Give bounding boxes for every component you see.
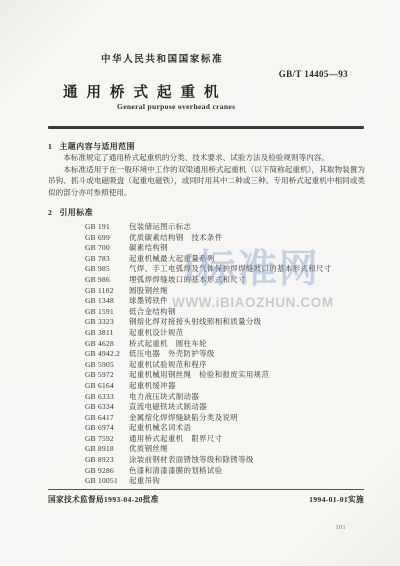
reference-item: GB 5972起重机械用钢丝绳 检验和报废实用规范 <box>85 370 375 381</box>
reference-code: GB 699 <box>85 233 122 244</box>
reference-code: GB 6974 <box>85 423 122 434</box>
reference-title: 起重机械名词术语 <box>129 423 191 432</box>
reference-list: GB 191包装储运图示标志GB 699优质碳素结构钢 技术条件GB 700碳素… <box>85 222 375 487</box>
reference-code: GB 8923 <box>85 455 122 466</box>
reference-title: 起重机械最大起重量系列 <box>129 254 215 263</box>
reference-item: GB 8923涂装前钢材表面锈蚀等级和除锈等级 <box>85 455 375 466</box>
reference-item: GB 699优质碳素结构钢 技术条件 <box>85 233 375 244</box>
reference-title: 直流电磁铁块式制动器 <box>129 402 207 411</box>
reference-title: 金属熔化焊焊缝缺陷分类及说明 <box>129 413 238 422</box>
reference-code: GB 700 <box>85 243 122 254</box>
paragraph-scope-1: 本标准规定了通用桥式起重机的分类、技术要求、试验方法及检验规则等内容。 <box>48 152 365 164</box>
reference-item: GB 6974起重机械名词术语 <box>85 423 375 434</box>
reference-title: 起重吊钩 <box>129 476 160 485</box>
reference-title: 起重机缓冲器 <box>129 381 176 390</box>
section-2-title: 引用标准 <box>60 208 94 217</box>
footer-divider-rule <box>48 489 364 490</box>
reference-code: GB 1348 <box>85 296 122 307</box>
approval-text: 国家技术监督局1993-04-20批准 <box>48 494 159 505</box>
footer: 国家技术监督局1993-04-20批准 1994-01-01实施 <box>48 494 364 505</box>
reference-title: 低压电器 外壳防护等级 <box>129 349 215 358</box>
reference-title: 起重机设计规范 <box>129 328 184 337</box>
header-divider-rule <box>48 126 364 129</box>
reference-title: 涂装前钢材表面锈蚀等级和除锈等级 <box>129 455 254 464</box>
document-page: 中华人民共和国国家标准 GB/T 14405—93 通用桥式起重机 Genera… <box>0 0 400 566</box>
reference-code: GB 10051 <box>85 476 122 487</box>
paragraph-scope-2: 本标准适用于在一般环境中工作的双梁通用桥式起重机（以下简称起重机），其取物装置为… <box>48 164 365 199</box>
reference-title: 电力液压块式制动器 <box>129 392 199 401</box>
reference-title: 低合金结构钢 <box>129 307 176 316</box>
reference-item: GB 986埋弧焊焊缝坡口的基本形式和尺寸 <box>85 275 375 286</box>
page-number: 101 <box>336 525 347 531</box>
reference-item: GB 7592通用桥式起重机 限界尺寸 <box>85 434 375 445</box>
national-standard-label: 中华人民共和国国家标准 <box>101 51 223 65</box>
reference-code: GB 6417 <box>85 413 122 424</box>
reference-item: GB 4942.2低压电器 外壳防护等级 <box>85 349 375 360</box>
reference-item: GB 985气焊、手工电弧焊及气体保护焊焊缝坡口的基本形式和尺寸 <box>85 264 375 275</box>
reference-item: GB 191包装储运图示标志 <box>85 222 375 233</box>
document-title-chinese: 通用桥式起重机 <box>63 81 228 102</box>
section-1-number: 1 <box>48 142 53 151</box>
reference-title: 钢熔化焊对接接头射线照相和质量分级 <box>129 317 261 326</box>
reference-item: GB 6334直流电磁铁块式制动器 <box>85 402 375 413</box>
reference-code: GB 5972 <box>85 370 122 381</box>
section-1-heading: 1主题内容与适用范围 <box>48 141 135 152</box>
reference-item: GB 6333电力液压块式制动器 <box>85 392 375 403</box>
implementation-date-text: 1994-01-01实施 <box>309 494 364 505</box>
reference-item: GB 3811起重机设计规范 <box>85 328 375 339</box>
reference-code: GB 986 <box>85 275 122 286</box>
reference-code: GB 8918 <box>85 444 122 455</box>
reference-code: GB 7592 <box>85 434 122 445</box>
reference-title: 优质钢丝绳 <box>129 444 168 453</box>
reference-code: GB 5905 <box>85 360 122 371</box>
reference-title: 埋弧焊焊缝坡口的基本形式和尺寸 <box>129 275 246 284</box>
reference-title: 起重机试验规范和程序 <box>129 360 207 369</box>
reference-item: GB 3323钢熔化焊对接接头射线照相和质量分级 <box>85 317 375 328</box>
reference-item: GB 1348球墨铸铁件 <box>85 296 375 307</box>
reference-item: GB 5905起重机试验规范和程序 <box>85 360 375 371</box>
reference-title: 碳素结构钢 <box>129 243 168 252</box>
reference-code: GB 3811 <box>85 328 122 339</box>
reference-code: GB 191 <box>85 222 122 233</box>
reference-code: GB 3323 <box>85 317 122 328</box>
reference-title: 包装储运图示标志 <box>129 222 191 231</box>
section-2-number: 2 <box>48 208 53 217</box>
reference-title: 球墨铸铁件 <box>129 296 168 305</box>
reference-title: 起重机械用钢丝绳 检验和报废实用规范 <box>129 370 269 379</box>
reference-code: GB 9286 <box>85 466 122 477</box>
reference-item: GB 1102圆股钢丝绳 <box>85 286 375 297</box>
reference-code: GB 6333 <box>85 392 122 403</box>
reference-item: GB 783起重机械最大起重量系列 <box>85 254 375 265</box>
reference-code: GB 783 <box>85 254 122 265</box>
document-title-english: General purpose overhead cranes <box>117 102 235 111</box>
section-2-heading: 2引用标准 <box>48 207 93 218</box>
reference-item: GB 6164起重机缓冲器 <box>85 381 375 392</box>
reference-code: GB 4942.2 <box>85 349 122 360</box>
reference-code: GB 1102 <box>85 286 122 297</box>
reference-title: 优质碳素结构钢 技术条件 <box>129 233 223 242</box>
reference-title: 圆股钢丝绳 <box>129 286 168 295</box>
reference-item: GB 8918优质钢丝绳 <box>85 444 375 455</box>
reference-title: 气焊、手工电弧焊及气体保护焊焊缝坡口的基本形式和尺寸 <box>129 264 332 273</box>
reference-code: GB 6164 <box>85 381 122 392</box>
reference-item: GB 1591低合金结构钢 <box>85 307 375 318</box>
section-1-body: 本标准规定了通用桥式起重机的分类、技术要求、试验方法及检验规则等内容。 本标准适… <box>48 152 365 199</box>
reference-item: GB 4628桥式起重机 圆柱车轮 <box>85 339 375 350</box>
reference-item: GB 6417金属熔化焊焊缝缺陷分类及说明 <box>85 413 375 424</box>
reference-item: GB 9286色漆和清漆漆膜的划格试验 <box>85 466 375 477</box>
reference-title: 色漆和清漆漆膜的划格试验 <box>129 466 223 475</box>
reference-code: GB 6334 <box>85 402 122 413</box>
reference-item: GB 10051起重吊钩 <box>85 476 375 487</box>
reference-title: 桥式起重机 圆柱车轮 <box>129 339 207 348</box>
reference-item: GB 700碳素结构钢 <box>85 243 375 254</box>
reference-title: 通用桥式起重机 限界尺寸 <box>129 434 223 443</box>
reference-code: GB 4628 <box>85 339 122 350</box>
section-1-title: 主题内容与适用范围 <box>60 142 136 151</box>
standard-code: GB/T 14405—93 <box>279 69 348 79</box>
reference-code: GB 985 <box>85 264 122 275</box>
reference-code: GB 1591 <box>85 307 122 318</box>
